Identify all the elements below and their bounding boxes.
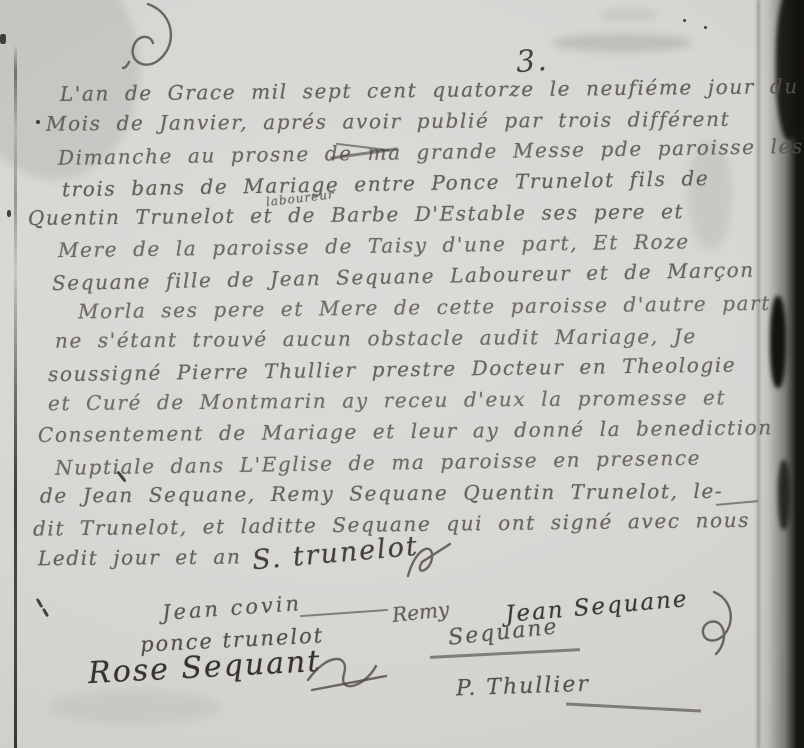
ink-dash	[300, 609, 388, 617]
ink-speck	[704, 26, 707, 29]
signature-rose-sequant: Rose Sequant	[87, 644, 322, 691]
ink-speck	[7, 210, 11, 217]
paraph-flourish	[692, 588, 740, 660]
ink-speck	[36, 120, 40, 124]
ink-speck	[683, 19, 686, 22]
paraph-flourish	[402, 538, 454, 584]
signature-sequane: Sequane	[447, 614, 560, 650]
signature-jean-covin: Jean covin	[161, 591, 302, 625]
paper-background: 3. L'an de Grace mil sept cent quatorze …	[0, 0, 804, 748]
bleedthrough-smudge	[552, 34, 692, 52]
ink-tick	[42, 608, 49, 617]
page-number: 3.	[515, 43, 550, 80]
margin-fold-line	[14, 44, 17, 748]
manuscript-text-block: L'an de Grace mil sept cent quatorze le …	[28, 78, 790, 574]
bleedthrough-smudge	[598, 10, 658, 20]
ink-speck	[0, 34, 6, 44]
signature-thullier: P. Thullier	[456, 672, 591, 702]
ink-tick	[36, 598, 44, 608]
paper-shading	[50, 690, 220, 724]
ink-underline	[566, 702, 701, 712]
signature-remy: Remy	[391, 597, 450, 627]
paraph-flourish	[302, 648, 394, 700]
